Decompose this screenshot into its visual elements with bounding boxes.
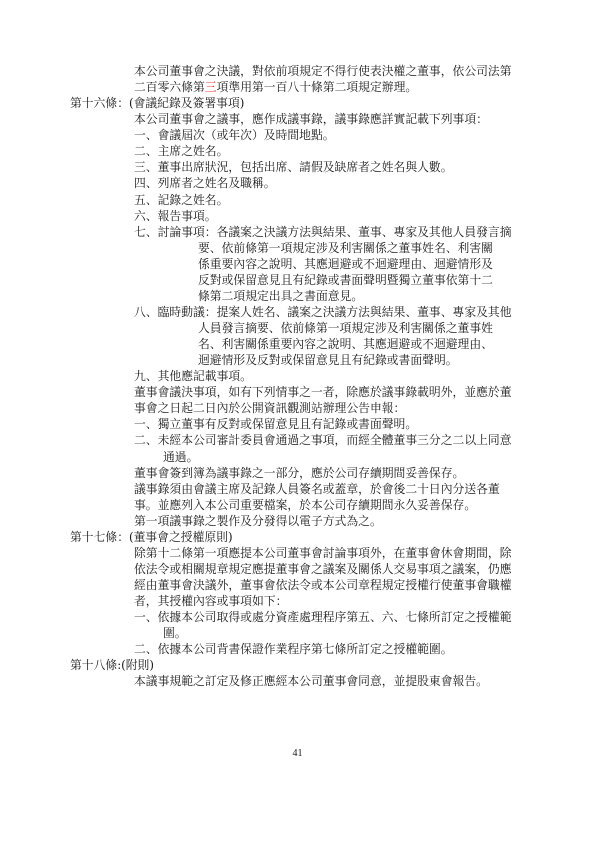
text-run: 事會之日起二日內於公開資訊觀測站辦理公告申報： xyxy=(134,401,405,415)
text-run: 圍。 xyxy=(163,626,187,640)
text-run: 第十六條：(會議紀錄及簽署事項) xyxy=(70,96,244,110)
document-body: 本公司董事會之決議，對依前項規定不得行使表決權之董事，依公司法第二百零六條第三項… xyxy=(0,63,595,689)
document-line: 七、討論事項：各議案之決議方法與結果、董事、專家及其他人員發言摘 xyxy=(0,224,595,240)
highlighted-text: 三 xyxy=(205,80,217,94)
document-line: 董事會簽到簿為議事錄之一部分，應於公司存續期間妥善保存。 xyxy=(0,465,595,481)
document-line: 一、獨立董事有反對或保留意見且有記錄或書面聲明。 xyxy=(0,416,595,432)
text-run: 三、董事出席狀況，包括出席、請假及缺席者之姓名與人數。 xyxy=(134,160,453,174)
document-line: 二百零六條第三項準用第一百八十條第二項規定辦理。 xyxy=(0,79,595,95)
document-page: 本公司董事會之決議，對依前項規定不得行使表決權之董事，依公司法第二百零六條第三項… xyxy=(0,0,595,842)
document-line: 九、其他應記載事項。 xyxy=(0,368,595,384)
text-run: 一、獨立董事有反對或保留意見且有記錄或書面聲明。 xyxy=(134,417,417,431)
document-line: 名、利害關係重要內容之說明、其應迴避或不迴避理由、 xyxy=(0,336,595,352)
text-run: 五、記錄之姓名。 xyxy=(134,193,228,207)
document-line: 二、未經本公司審計委員會通過之事項，而經全體董事三分之二以上同意 xyxy=(0,432,595,448)
text-run: 者，其授權內容或事項如下： xyxy=(134,594,287,608)
text-run: 七、討論事項：各議案之決議方法與結果、董事、專家及其他人員發言摘 xyxy=(134,225,512,239)
document-line: 人員發言摘要、依前條第一項規定涉及利害關係之董事姓 xyxy=(0,320,595,336)
document-line: 圍。 xyxy=(0,625,595,641)
document-line: 二、主席之姓名。 xyxy=(0,143,595,159)
text-run: 本公司董事會之議事，應作成議事錄，議事錄應詳實記載下列事項： xyxy=(134,112,488,126)
document-line: 議事錄須由會議主席及記錄人員簽名或蓋章，於會後二十日內分送各董 xyxy=(0,481,595,497)
text-run: 事。並應列入本公司重要檔案，於本公司存續期間永久妥善保存。 xyxy=(134,498,476,512)
document-line: 係重要內容之說明、其應迴避或不迴避理由、迴避情形及 xyxy=(0,256,595,272)
text-run: 八、臨時動議：提案人姓名、議案之決議方法與結果、董事、專家及其他 xyxy=(134,305,512,319)
document-line: 事會之日起二日內於公開資訊觀測站辦理公告申報： xyxy=(0,400,595,416)
text-run: 第十八條:(附則) xyxy=(70,658,154,672)
text-run: 本議事規範之訂定及修正應經本公司董事會同意，並提股東會報告。 xyxy=(134,674,488,688)
text-run: 第十七條：(董事會之授權原則) xyxy=(70,530,233,544)
text-run: 二、主席之姓名。 xyxy=(134,144,228,158)
document-line: 二、依據本公司背書保證作業程序第七條所訂定之授權範圍。 xyxy=(0,641,595,657)
text-run: 第一項議事錄之製作及分發得以電子方式為之。 xyxy=(134,514,382,528)
text-run: 董事會簽到簿為議事錄之一部分，應於公司存續期間妥善保存。 xyxy=(134,466,464,480)
text-run: 四、列席者之姓名及職稱。 xyxy=(134,176,276,190)
text-run: 通過。 xyxy=(163,450,198,464)
document-line: 一、會議屆次（或年次）及時間地點。 xyxy=(0,127,595,143)
document-line: 要、依前條第一項規定涉及利害關係之董事姓名、利害關 xyxy=(0,240,595,256)
document-line: 本公司董事會之決議，對依前項規定不得行使表決權之董事，依公司法第 xyxy=(0,63,595,79)
text-run: 要、依前條第一項規定涉及利害關係之董事姓名、利害關 xyxy=(198,241,493,255)
document-line: 董事會議決事項，如有下列情事之一者，除應於議事錄載明外，並應於董 xyxy=(0,384,595,400)
document-line: 一、依據本公司取得或處分資產處理程序第五、六、七條所訂定之授權範 xyxy=(0,609,595,625)
text-run: 六、報告事項。 xyxy=(134,209,217,223)
text-run: 反對或保留意見且有紀錄或書面聲明暨獨立董事依第十二 xyxy=(198,273,493,287)
text-run: 名、利害關係重要內容之說明、其應迴避或不迴避理由、 xyxy=(198,337,493,351)
text-run: 一、會議屆次（或年次）及時間地點。 xyxy=(134,128,335,142)
document-line: 反對或保留意見且有紀錄或書面聲明暨獨立董事依第十二 xyxy=(0,272,595,288)
document-line: 經由董事會決議外，董事會依法令或本公司章程規定授權行使董事會職權 xyxy=(0,577,595,593)
text-run: 條第二項規定出具之書面意見。 xyxy=(198,289,363,303)
document-line: 除第十二條第一項應提本公司董事會討論事項外，在董事會休會期間，除 xyxy=(0,545,595,561)
document-line: 第一項議事錄之製作及分發得以電子方式為之。 xyxy=(0,513,595,529)
document-line: 三、董事出席狀況，包括出席、請假及缺席者之姓名與人數。 xyxy=(0,159,595,175)
text-run: 人員發言摘要、依前條第一項規定涉及利害關係之董事姓 xyxy=(198,321,493,335)
document-line: 四、列席者之姓名及職稱。 xyxy=(0,175,595,191)
document-line: 條第二項規定出具之書面意見。 xyxy=(0,288,595,304)
text-run: 二、未經本公司審計委員會通過之事項，而經全體董事三分之二以上同意 xyxy=(134,433,512,447)
document-line: 本公司董事會之議事，應作成議事錄，議事錄應詳實記載下列事項： xyxy=(0,111,595,127)
text-run: 二百零六條第 xyxy=(134,80,205,94)
text-run: 經由董事會決議外，董事會依法令或本公司章程規定授權行使董事會職權 xyxy=(134,578,512,592)
document-line: 六、報告事項。 xyxy=(0,208,595,224)
text-run: 二、依據本公司背書保證作業程序第七條所訂定之授權範圍。 xyxy=(134,642,453,656)
document-line: 通過。 xyxy=(0,449,595,465)
document-line: 八、臨時動議：提案人姓名、議案之決議方法與結果、董事、專家及其他 xyxy=(0,304,595,320)
document-line: 第十七條：(董事會之授權原則) xyxy=(0,529,595,545)
document-line: 事。並應列入本公司重要檔案，於本公司存續期間永久妥善保存。 xyxy=(0,497,595,513)
text-run: 董事會議決事項，如有下列情事之一者，除應於議事錄載明外，並應於董 xyxy=(134,385,512,399)
text-run: 依法令或相關規章規定應提董事會之議案及關係人交易事項之議案，仍應 xyxy=(134,562,512,576)
text-run: 除第十二條第一項應提本公司董事會討論事項外，在董事會休會期間，除 xyxy=(134,546,512,560)
text-run: 係重要內容之說明、其應迴避或不迴避理由、迴避情形及 xyxy=(198,257,493,271)
page-number: 41 xyxy=(0,748,595,759)
document-line: 迴避情形及反對或保留意見且有紀錄或書面聲明。 xyxy=(0,352,595,368)
text-run: 議事錄須由會議主席及記錄人員簽名或蓋章，於會後二十日內分送各董 xyxy=(134,482,500,496)
text-run: 迴避情形及反對或保留意見且有紀錄或書面聲明。 xyxy=(198,353,458,367)
text-run: 一、依據本公司取得或處分資產處理程序第五、六、七條所訂定之授權範 xyxy=(134,610,512,624)
document-line: 本議事規範之訂定及修正應經本公司董事會同意，並提股東會報告。 xyxy=(0,673,595,689)
document-line: 第十八條:(附則) xyxy=(0,657,595,673)
text-run: 九、其他應記載事項。 xyxy=(134,369,252,383)
document-line: 者，其授權內容或事項如下： xyxy=(0,593,595,609)
document-line: 第十六條：(會議紀錄及簽署事項) xyxy=(0,95,595,111)
text-run: 項準用第一百八十條第二項規定辦理。 xyxy=(217,80,418,94)
document-line: 五、記錄之姓名。 xyxy=(0,192,595,208)
text-run: 本公司董事會之決議，對依前項規定不得行使表決權之董事，依公司法第 xyxy=(134,64,512,78)
document-line: 依法令或相關規章規定應提董事會之議案及關係人交易事項之議案，仍應 xyxy=(0,561,595,577)
